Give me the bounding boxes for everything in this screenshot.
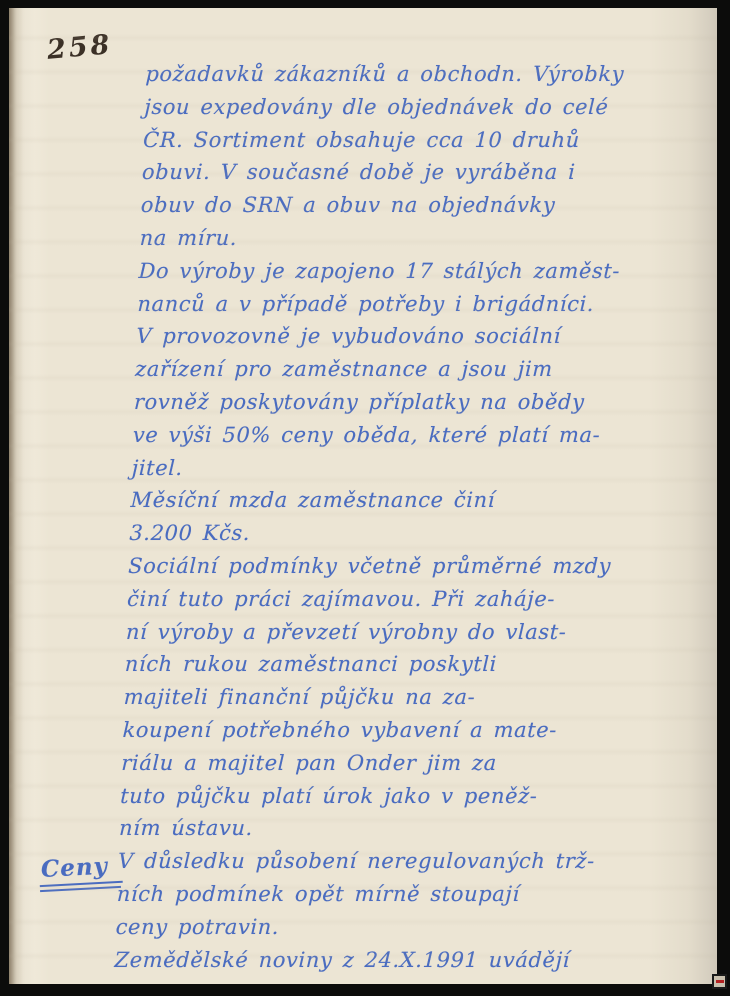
margin-heading-ceny: Ceny bbox=[38, 852, 123, 887]
handwritten-line: ních podmínek opět mírně stoupají bbox=[116, 878, 692, 911]
handwritten-line: majiteli finanční půjčku na za- bbox=[123, 681, 699, 714]
handwritten-line: nanců a v případě potřeby i brigádníci. bbox=[137, 288, 713, 321]
handwritten-line: ve výši 50% ceny oběda, které platí ma- bbox=[132, 419, 708, 452]
handwritten-line: obuvi. V současné době je vyráběna i bbox=[141, 156, 717, 189]
handwritten-line: 3.200 Kčs. bbox=[129, 517, 705, 550]
book-page: 258 požadavků zákazníků a obchodn. Výrob… bbox=[9, 8, 717, 984]
handwritten-line: na míru. bbox=[139, 222, 715, 255]
handwritten-line: rovněž poskytovány příplatky na obědy bbox=[133, 386, 709, 419]
handwritten-line: požadavků zákazníků a obchodn. Výrobky bbox=[145, 58, 717, 91]
handwritten-line: ČR. Sortiment obsahuje cca 10 druhů bbox=[143, 124, 717, 157]
handwritten-line: jsou expedovány dle objednávek do celé bbox=[144, 91, 717, 124]
red-bar-glyph bbox=[716, 980, 724, 983]
handwritten-line: obuv do SRN a obuv na objednávky bbox=[140, 189, 716, 222]
scan-artifact-icon bbox=[712, 974, 727, 989]
scanned-chronicle-page: 258 požadavků zákazníků a obchodn. Výrob… bbox=[0, 0, 730, 996]
handwritten-line: ceny potravin. bbox=[115, 911, 691, 944]
book-gutter-shadow bbox=[9, 8, 35, 984]
handwritten-line: Zemědělské noviny z 24.X.1991 uvádějí bbox=[114, 944, 690, 977]
handwritten-text-block: požadavků zákazníků a obchodn. Výrobky j… bbox=[114, 58, 717, 976]
page-number: 258 bbox=[46, 29, 114, 66]
handwritten-line: riálu a majitel pan Onder jim za bbox=[121, 747, 697, 780]
handwritten-line: jitel. bbox=[131, 452, 707, 485]
handwritten-line: V provozovně je vybudováno sociální bbox=[136, 320, 712, 353]
handwritten-line: Měsíční mzda zaměstnance činí bbox=[130, 484, 706, 517]
handwritten-line: koupení potřebného vybavení a mate- bbox=[122, 714, 698, 747]
handwritten-line: tuto půjčku platí úrok jako v peněž- bbox=[120, 780, 696, 813]
handwritten-line: zařízení pro zaměstnance a jsou jim bbox=[135, 353, 711, 386]
handwritten-line: Do výroby je zapojeno 17 stálých zaměst- bbox=[138, 255, 714, 288]
handwritten-line: činí tuto práci zajímavou. Při zaháje- bbox=[127, 583, 703, 616]
handwritten-line: ní výroby a převzetí výrobny do vlast- bbox=[125, 616, 701, 649]
handwritten-line: V důsledku působení neregulovaných trž- bbox=[117, 845, 693, 878]
handwritten-line: ních rukou zaměstnanci poskytli bbox=[124, 648, 700, 681]
handwritten-line: Sociální podmínky včetně průměrné mzdy bbox=[128, 550, 704, 583]
handwritten-line: ním ústavu. bbox=[119, 812, 695, 845]
